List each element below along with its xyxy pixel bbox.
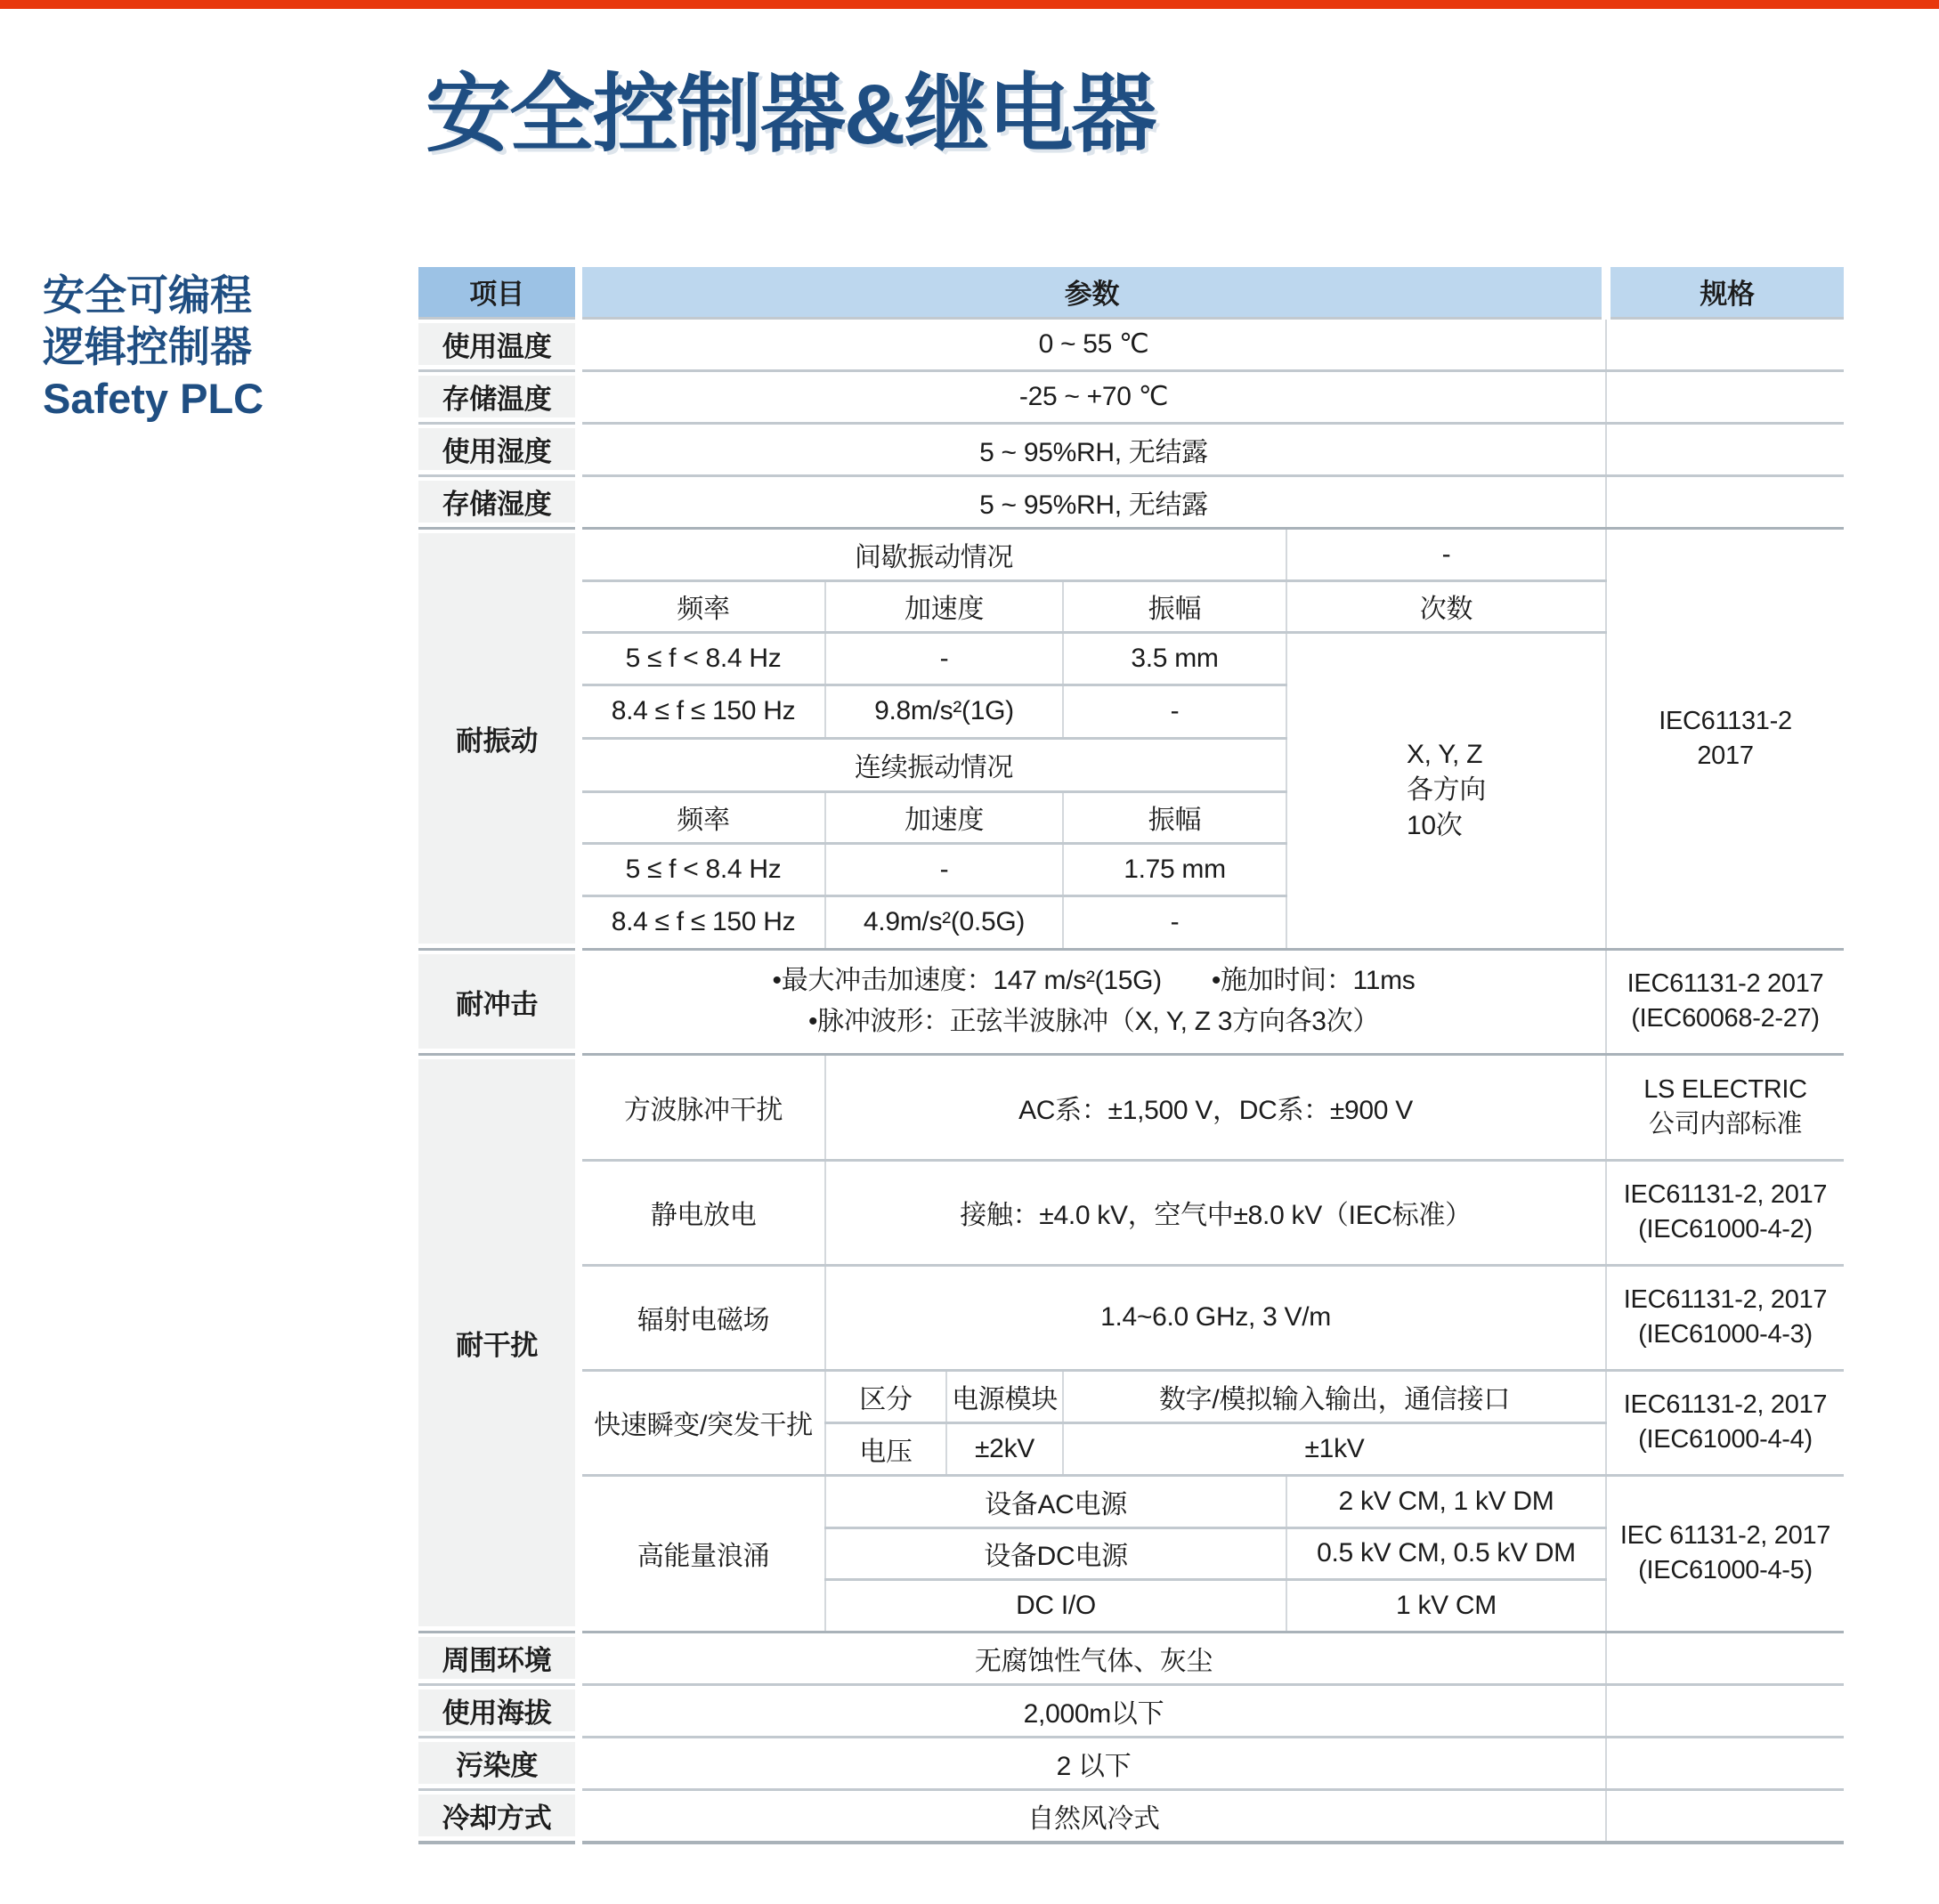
vibration-amp: - — [1063, 895, 1286, 949]
value-cell: 5 ~ 95%RH, 无结露 — [579, 475, 1606, 528]
shock-value-cell: •最大冲击加速度：147 m/s²(15G)•施加时间：11ms •脉冲波形：正… — [579, 949, 1606, 1054]
spec-cell — [1606, 1684, 1844, 1737]
header-param: 参数 — [579, 267, 1606, 318]
sub-label-cell-surge: 高能量浪涌 — [579, 1475, 825, 1632]
header-row: 项目 参数 规格 — [418, 267, 1844, 318]
vibration-col-freq: 频率 — [579, 791, 825, 843]
spec-cell — [1606, 1632, 1844, 1684]
spec-line: IEC61131-2, 2017 — [1607, 1178, 1844, 1212]
top-red-bar — [0, 0, 1939, 9]
sub-label-cell-eft: 快速瞬变/突发干扰 — [579, 1370, 825, 1475]
table-row: 使用湿度 5 ~ 95%RH, 无结露 — [418, 423, 1844, 475]
vibration-col-count: 次数 — [1286, 580, 1606, 632]
item-cell: 污染度 — [418, 1737, 579, 1789]
vibration-count-merged: X, Y, Z 各方向 10次 — [1286, 632, 1606, 949]
spec-cell-eft: IEC61131-2, 2017 (IEC61000-4-4) — [1606, 1370, 1844, 1475]
spec-line: IEC61131-2 — [1607, 704, 1844, 739]
item-cell-interference: 耐干扰 — [418, 1054, 579, 1632]
item-cell: 使用湿度 — [418, 423, 579, 475]
value-cell: 接触：±4.0 kV，空气中±8.0 kV（IEC标准） — [825, 1160, 1606, 1265]
spec-line: LS ELECTRIC — [1607, 1073, 1844, 1107]
surge-value: 1 kV CM — [1286, 1579, 1606, 1632]
header-item: 项目 — [418, 267, 579, 318]
vibration-amp: 1.75 mm — [1063, 843, 1286, 895]
vibration-col-amp: 振幅 — [1063, 791, 1286, 843]
sidebar-line-3: Safety PLC — [43, 373, 264, 425]
surge-target: DC I/O — [825, 1579, 1286, 1632]
table-row: 周围环境 无腐蚀性气体、灰尘 — [418, 1632, 1844, 1684]
vibration-col-freq: 频率 — [579, 580, 825, 632]
vibration-amp: 3.5 mm — [1063, 632, 1286, 685]
value-cell: 无腐蚀性气体、灰尘 — [579, 1632, 1606, 1684]
sidebar-line-1: 安全可编程 — [43, 270, 264, 321]
item-cell: 使用温度 — [418, 318, 579, 370]
vibration-acc: 4.9m/s²(0.5G) — [825, 895, 1063, 949]
spec-line: IEC61131-2, 2017 — [1607, 1388, 1844, 1422]
spec-cell: LS ELECTRIC 公司内部标准 — [1606, 1054, 1844, 1160]
table-row: 耐冲击 •最大冲击加速度：147 m/s²(15G)•施加时间：11ms •脉冲… — [418, 949, 1844, 1054]
sub-label-cell: 方波脉冲干扰 — [579, 1054, 825, 1160]
spec-cell — [1606, 423, 1844, 475]
eft-v-io: ±1kV — [1063, 1422, 1606, 1475]
vibration-acc: - — [825, 843, 1063, 895]
count-line: 各方向 — [1407, 773, 1486, 808]
vibration-amp: - — [1063, 685, 1286, 738]
eft-col-class: 区分 — [825, 1370, 946, 1422]
vibration-intermittent-count: - — [1286, 528, 1606, 580]
value-cell: AC系：±1,500 V，DC系：±900 V — [825, 1054, 1606, 1160]
item-cell-shock: 耐冲击 — [418, 949, 579, 1054]
spec-cell-shock: IEC61131-2 2017 (IEC60068-2-27) — [1606, 949, 1844, 1054]
shock-line1b: •施加时间：11ms — [1212, 966, 1416, 995]
vibration-intermittent-title: 间歇振动情况 — [579, 528, 1286, 580]
spec-cell: IEC61131-2, 2017 (IEC61000-4-2) — [1606, 1160, 1844, 1265]
spec-line: (IEC61000-4-4) — [1607, 1422, 1844, 1457]
table-row: 辐射电磁场 1.4~6.0 GHz, 3 V/m IEC61131-2, 201… — [418, 1265, 1844, 1370]
vibration-freq: 8.4 ≤ f ≤ 150 Hz — [579, 895, 825, 949]
vibration-freq: 8.4 ≤ f ≤ 150 Hz — [579, 685, 825, 738]
spec-line: (IEC61000-4-5) — [1607, 1553, 1844, 1588]
table-row: 存储温度 -25 ~ +70 ℃ — [418, 370, 1844, 423]
sidebar-product-title: 安全可编程 逻辑控制器 Safety PLC — [43, 270, 264, 425]
spec-cell-surge: IEC 61131-2, 2017 (IEC61000-4-5) — [1606, 1475, 1844, 1632]
table-row: 冷却方式 自然风冷式 — [418, 1789, 1844, 1843]
vibration-freq: 5 ≤ f < 8.4 Hz — [579, 632, 825, 685]
table-row: 使用温度 0 ~ 55 ℃ — [418, 318, 1844, 370]
count-line: 10次 — [1407, 808, 1486, 844]
surge-target: 设备DC电源 — [825, 1527, 1286, 1579]
spec-cell — [1606, 1737, 1844, 1789]
value-cell: -25 ~ +70 ℃ — [579, 370, 1606, 423]
surge-value: 2 kV CM, 1 kV DM — [1286, 1475, 1606, 1527]
table-row: 高能量浪涌 设备AC电源 2 kV CM, 1 kV DM IEC 61131-… — [418, 1475, 1844, 1527]
surge-value: 0.5 kV CM, 0.5 kV DM — [1286, 1527, 1606, 1579]
surge-target: 设备AC电源 — [825, 1475, 1286, 1527]
value-cell: 2 以下 — [579, 1737, 1606, 1789]
spec-line: IEC61131-2, 2017 — [1607, 1283, 1844, 1317]
vibration-freq: 5 ≤ f < 8.4 Hz — [579, 843, 825, 895]
vibration-acc: - — [825, 632, 1063, 685]
spec-line: IEC 61131-2, 2017 — [1607, 1519, 1844, 1553]
item-cell: 冷却方式 — [418, 1789, 579, 1843]
value-cell: 1.4~6.0 GHz, 3 V/m — [825, 1265, 1606, 1370]
item-cell: 存储湿度 — [418, 475, 579, 528]
spec-cell — [1606, 370, 1844, 423]
spec-line: 2017 — [1607, 739, 1844, 774]
vibration-col-acc: 加速度 — [825, 580, 1063, 632]
spec-line: (IEC61000-4-3) — [1607, 1317, 1844, 1352]
item-cell: 周围环境 — [418, 1632, 579, 1684]
value-cell: 0 ~ 55 ℃ — [579, 318, 1606, 370]
spec-cell: IEC61131-2, 2017 (IEC61000-4-3) — [1606, 1265, 1844, 1370]
item-cell-vibration: 耐振动 — [418, 528, 579, 949]
spec-line: (IEC61000-4-2) — [1607, 1212, 1844, 1247]
eft-v-power: ±2kV — [946, 1422, 1063, 1475]
item-cell: 使用海拔 — [418, 1684, 579, 1737]
page-title: 安全控制器&继电器 — [426, 46, 1155, 168]
table-row: 污染度 2 以下 — [418, 1737, 1844, 1789]
eft-col-power: 电源模块 — [946, 1370, 1063, 1422]
catalog-page: 安全控制器&继电器 安全可编程 逻辑控制器 Safety PLC 项目 参数 规… — [0, 0, 1939, 1904]
spec-line: IEC61131-2 2017 — [1607, 967, 1844, 1001]
eft-row-voltage: 电压 — [825, 1422, 946, 1475]
vibration-col-amp: 振幅 — [1063, 580, 1286, 632]
item-cell: 存储温度 — [418, 370, 579, 423]
header-spec: 规格 — [1606, 267, 1844, 318]
eft-col-io: 数字/模拟输入输出，通信接口 — [1063, 1370, 1606, 1422]
shock-line1a: •最大冲击加速度：147 m/s²(15G) — [773, 966, 1162, 995]
value-cell: 5 ~ 95%RH, 无结露 — [579, 423, 1606, 475]
table-row: 存储湿度 5 ~ 95%RH, 无结露 — [418, 475, 1844, 528]
spec-cell-vibration: IEC61131-2 2017 — [1606, 528, 1844, 949]
shock-line2: •脉冲波形：正弦半波脉冲（X, Y, Z 3方向各3次） — [582, 1001, 1605, 1042]
spec-table: 项目 参数 规格 使用温度 0 ~ 55 ℃ 存储温度 -25 ~ +70 ℃ … — [418, 267, 1844, 1844]
sub-label-cell: 静电放电 — [579, 1160, 825, 1265]
spec-line: (IEC60068-2-27) — [1607, 1001, 1844, 1036]
spec-cell — [1606, 318, 1844, 370]
vibration-col-acc: 加速度 — [825, 791, 1063, 843]
table-row: 使用海拔 2,000m以下 — [418, 1684, 1844, 1737]
sidebar-line-2: 逻辑控制器 — [43, 321, 264, 373]
spec-line: 公司内部标准 — [1607, 1107, 1844, 1142]
value-cell: 2,000m以下 — [579, 1684, 1606, 1737]
count-line: X, Y, Z — [1407, 737, 1486, 773]
spec-cell — [1606, 1789, 1844, 1843]
table-row: 静电放电 接触：±4.0 kV，空气中±8.0 kV（IEC标准） IEC611… — [418, 1160, 1844, 1265]
spec-cell — [1606, 475, 1844, 528]
table-row: 快速瞬变/突发干扰 区分 电源模块 数字/模拟输入输出，通信接口 IEC6113… — [418, 1370, 1844, 1422]
value-cell: 自然风冷式 — [579, 1789, 1606, 1843]
table-row: 耐振动 间歇振动情况 - IEC61131-2 2017 — [418, 528, 1844, 580]
table-row: 耐干扰 方波脉冲干扰 AC系：±1,500 V，DC系：±900 V LS EL… — [418, 1054, 1844, 1160]
vibration-acc: 9.8m/s²(1G) — [825, 685, 1063, 738]
vibration-continuous-title: 连续振动情况 — [579, 738, 1286, 791]
sub-label-cell: 辐射电磁场 — [579, 1265, 825, 1370]
